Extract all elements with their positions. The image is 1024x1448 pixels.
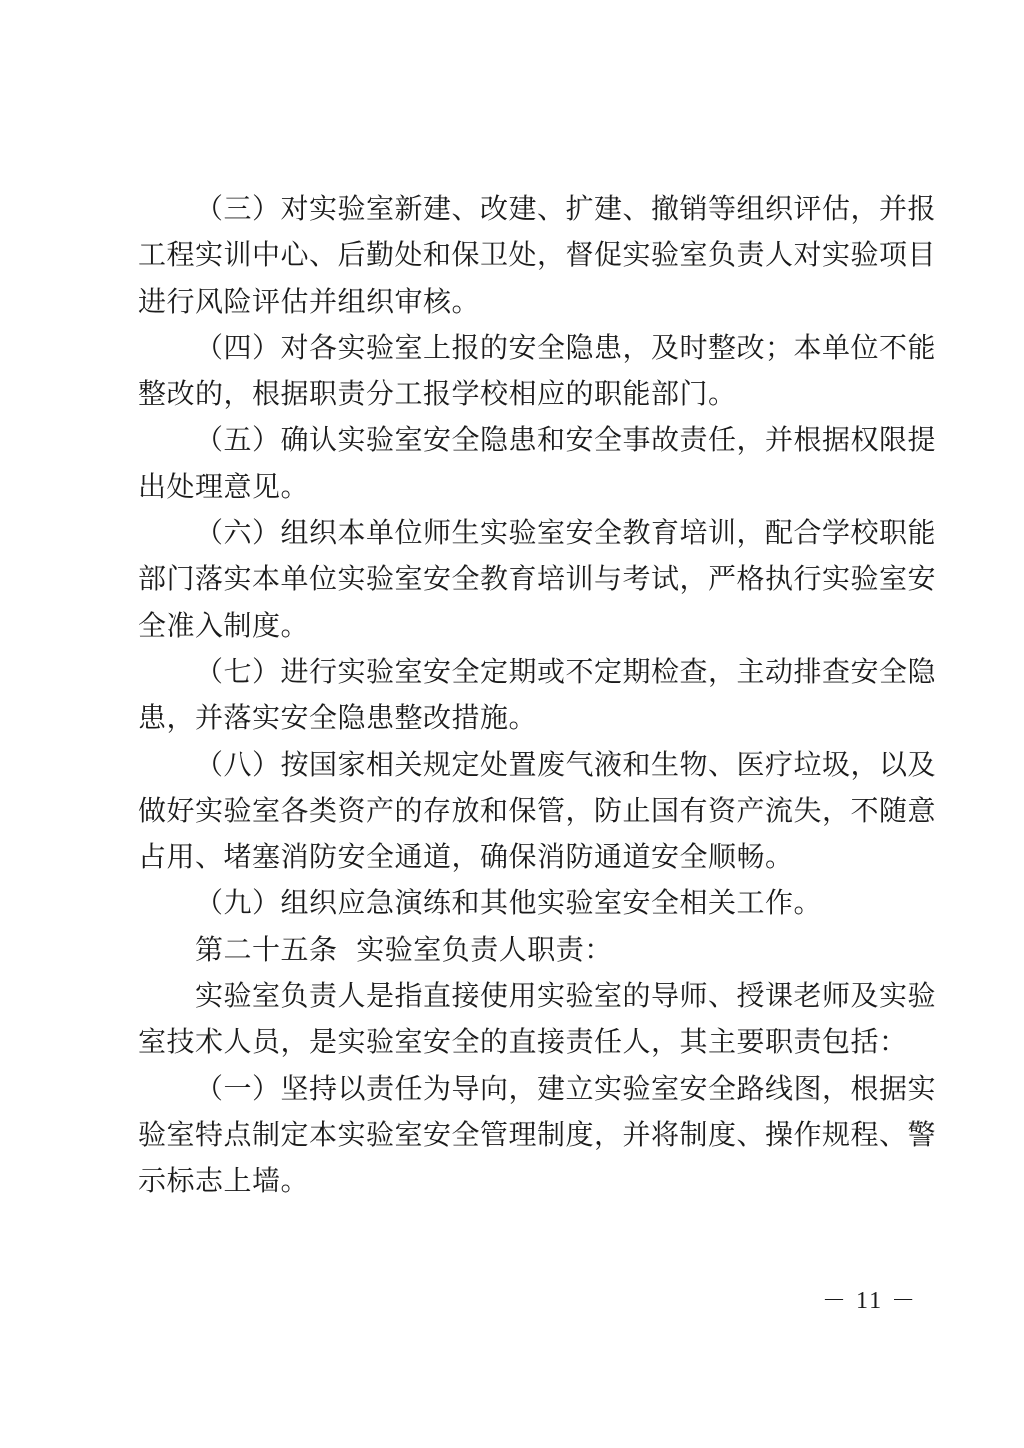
article-25-item-1-line-3: 示标志上墙。 (138, 1158, 896, 1204)
paragraph-item-6-line-2: 部门落实本单位实验室安全教育培训与考试，严格执行实验室安 (138, 556, 896, 602)
paragraph-item-3-line-3: 进行风险评估并组织审核。 (138, 279, 896, 325)
paragraph-item-4-line-1: （四）对各实验室上报的安全隐患，及时整改；本单位不能 (138, 325, 896, 371)
paragraph-item-4-line-2: 整改的，根据职责分工报学校相应的职能部门。 (138, 371, 896, 417)
article-25-item-1-line-2: 验室特点制定本实验室安全管理制度，并将制度、操作规程、警 (138, 1112, 896, 1158)
article-25-intro-line-1: 实验室负责人是指直接使用实验室的导师、授课老师及实验 (138, 973, 896, 1019)
paragraph-item-3-line-1: （三）对实验室新建、改建、扩建、撤销等组织评估，并报 (138, 186, 896, 232)
paragraph-item-7-line-2: 患，并落实安全隐患整改措施。 (138, 695, 896, 741)
paragraph-item-5-line-2: 出处理意见。 (138, 464, 896, 510)
body-text: （三）对实验室新建、改建、扩建、撤销等组织评估，并报 工程实训中心、后勤处和保卫… (138, 186, 898, 1205)
page-number: － 11 － (822, 1280, 917, 1315)
article-25-heading: 第二十五条 实验室负责人职责： (138, 927, 896, 973)
document-page: （三）对实验室新建、改建、扩建、撤销等组织评估，并报 工程实训中心、后勤处和保卫… (0, 0, 1024, 1448)
paragraph-item-7-line-1: （七）进行实验室安全定期或不定期检查，主动排查安全隐 (138, 649, 896, 695)
article-25-intro-line-2: 室技术人员，是实验室安全的直接责任人，其主要职责包括： (138, 1019, 896, 1065)
paragraph-item-8-line-2: 做好实验室各类资产的存放和保管，防止国有资产流失，不随意 (138, 788, 896, 834)
paragraph-item-5-line-1: （五）确认实验室安全隐患和安全事故责任，并根据权限提 (138, 417, 896, 463)
paragraph-item-8-line-3: 占用、堵塞消防安全通道，确保消防通道安全顺畅。 (138, 834, 896, 880)
paragraph-item-9-line-1: （九）组织应急演练和其他实验室安全相关工作。 (138, 880, 896, 926)
article-25-item-1-line-1: （一）坚持以责任为导向，建立实验室安全路线图，根据实 (138, 1066, 896, 1112)
paragraph-item-8-line-1: （八）按国家相关规定处置废气液和生物、医疗垃圾，以及 (138, 742, 896, 788)
paragraph-item-3-line-2: 工程实训中心、后勤处和保卫处，督促实验室负责人对实验项目 (138, 232, 896, 278)
paragraph-item-6-line-3: 全准入制度。 (138, 603, 896, 649)
paragraph-item-6-line-1: （六）组织本单位师生实验室安全教育培训，配合学校职能 (138, 510, 896, 556)
